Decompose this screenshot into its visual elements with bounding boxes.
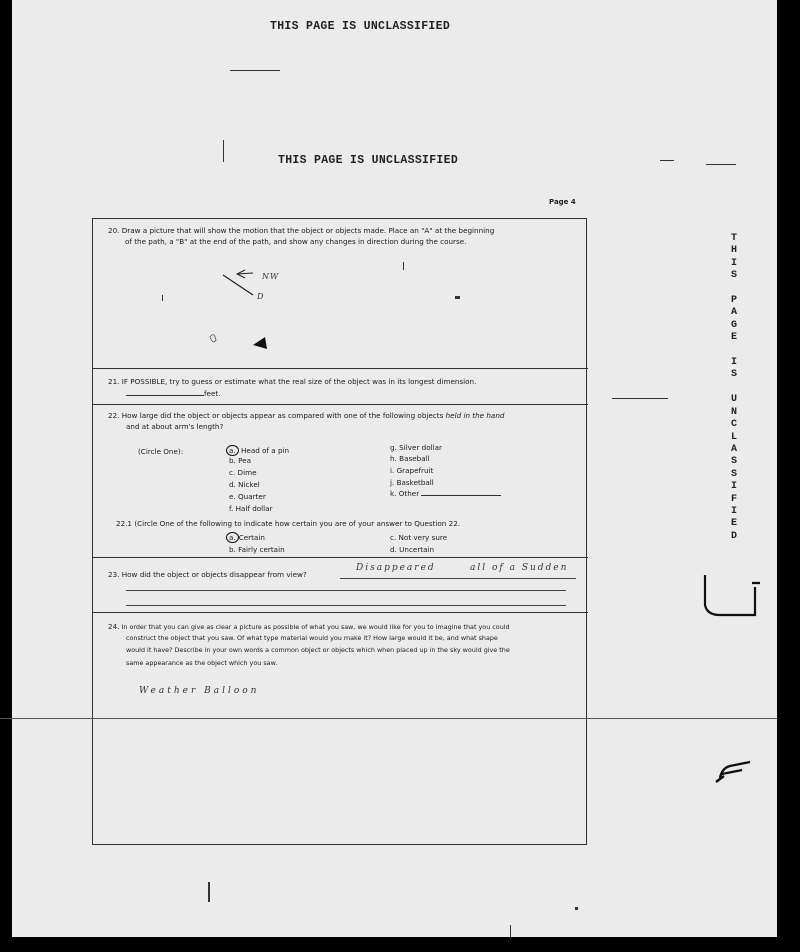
section-divider: [92, 557, 588, 558]
questionnaire-form: [92, 218, 587, 845]
scan-artifact: [230, 70, 280, 71]
option-22c[interactable]: c. Dime: [229, 468, 257, 478]
option-22h[interactable]: h. Baseball: [390, 454, 430, 464]
fold-line: [0, 718, 777, 719]
question-24-line4: same appearance as the object which you …: [126, 658, 277, 670]
q24-handwritten-answer[interactable]: Weather Balloon: [139, 686, 259, 696]
option-22-1b[interactable]: b. Fairly certain: [229, 545, 285, 555]
motion-sketch[interactable]: [215, 265, 305, 355]
classification-stamp-inner: THIS PAGE IS UNCLASSIFIED: [278, 154, 458, 167]
option-22-1d[interactable]: d. Uncertain: [390, 545, 434, 555]
option-22f[interactable]: f. Half dollar: [229, 504, 273, 514]
scan-artifact: [612, 398, 668, 399]
question-24: 24. In order that you can give as clear …: [108, 621, 510, 633]
question-22-line2: and at about arm's length?: [126, 421, 223, 433]
q23-handwritten-answer-2: all of a Sudden: [470, 563, 568, 573]
option-22b[interactable]: b. Pea: [229, 456, 251, 466]
option-22e[interactable]: e. Quarter: [229, 492, 266, 502]
question-22-instruction: (Circle One):: [138, 446, 183, 458]
option-22-1a[interactable]: a.Certain: [229, 533, 265, 543]
section-divider: [92, 368, 588, 369]
question-21: 21. IF POSSIBLE, try to guess or estimat…: [108, 376, 476, 388]
option-22a[interactable]: a. Head of a pin: [229, 446, 289, 456]
option-22i[interactable]: i. Grapefruit: [390, 466, 433, 476]
option-22k[interactable]: k. Other: [390, 489, 501, 499]
sketch-direction-label: NW: [262, 272, 279, 281]
classification-stamp-vertical: THIS PAGE IS UNCLASSIFIED: [728, 233, 740, 543]
option-22j[interactable]: j. Basketball: [390, 478, 434, 488]
option-22g[interactable]: g. Silver dollar: [390, 443, 442, 453]
q23-answer-line-1[interactable]: [340, 578, 576, 579]
scan-artifact: [706, 164, 736, 165]
bracket-mark-icon: [700, 565, 760, 625]
scan-artifact: [223, 140, 224, 162]
classification-stamp-top: THIS PAGE IS UNCLASSIFIED: [270, 20, 450, 33]
scan-artifact: [162, 295, 163, 301]
scan-artifact: [208, 882, 210, 902]
option-22-1c[interactable]: c. Not very sure: [390, 533, 447, 543]
other-answer-field[interactable]: [421, 495, 501, 496]
question-20-line2: of the path, a "B" at the end of the pat…: [125, 236, 466, 248]
q23-handwritten-answer-1: Disappeared: [356, 563, 436, 573]
question-22: 22. How large did the object or objects …: [108, 410, 504, 422]
size-answer-field[interactable]: [126, 395, 204, 396]
section-divider: [92, 612, 588, 613]
q23-answer-line-2[interactable]: [126, 590, 566, 591]
scan-artifact: [575, 907, 578, 910]
question-24-line3: would it have? Describe in your own word…: [126, 645, 510, 657]
scan-artifact: [660, 160, 674, 161]
page-number: Page 4: [549, 198, 576, 206]
question-23: 23. How did the object or objects disapp…: [108, 569, 307, 581]
question-21-answer[interactable]: feet.: [126, 388, 220, 400]
scan-artifact: [455, 296, 460, 299]
option-22d[interactable]: d. Nickel: [229, 480, 260, 490]
question-22-1: 22.1 (Circle One of the following to ind…: [116, 518, 460, 530]
section-divider: [92, 404, 588, 405]
sketch-end-label: D: [257, 292, 265, 301]
scan-artifact: [510, 925, 511, 937]
scan-artifact: [403, 262, 404, 270]
q23-answer-line-3[interactable]: [126, 605, 566, 606]
handwritten-mark-icon: [710, 758, 760, 788]
question-24-line2: construct the object that you saw. Of wh…: [126, 633, 498, 645]
question-20: 20. Draw a picture that will show the mo…: [108, 225, 494, 237]
